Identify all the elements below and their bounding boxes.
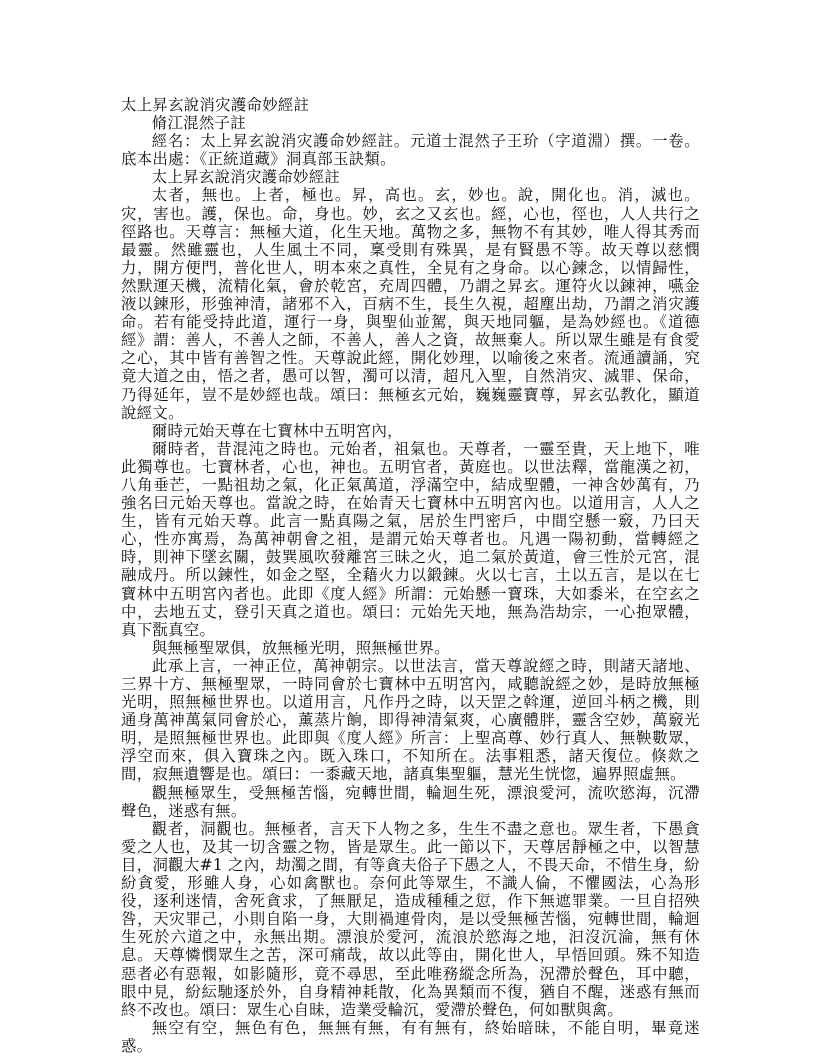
scripture-verse-5: 無空有空，無色有色，無無有無，有有無有，終始暗昧，不能自明，畢竟迷惑。 (121, 1019, 700, 1055)
commentary-1: 太者，無也。上者，極也。昇，高也。玄，妙也。說，開化也。消，滅也。灾，害也。護，… (121, 186, 700, 421)
document-page: 太上昇玄說消灾護命妙經註 脩江混然子註 經名：太上昇玄說消灾護命妙經註。元道士混… (121, 96, 700, 1055)
commentary-2: 爾時者，昔混沌之時也。元始者，祖氣也。天尊者，一靈至貴，天上地下，唯此獨尊也。七… (121, 440, 700, 639)
scripture-verse-3: 與無極聖眾俱，放無極光明，照無極世界。 (121, 639, 700, 657)
scripture-verse-2: 爾時元始天尊在七寶林中五明宮內， (121, 422, 700, 440)
source-meta: 經名：太上昇玄說消灾護命妙經註。元道士混然子王玠（字道淵）撰。一卷。底本出處：《… (121, 132, 700, 168)
commentary-4: 觀者，洞觀也。無極者，言天下人物之多，生生不盡之意也。眾生者，下愚貪愛之人也，及… (121, 820, 700, 1019)
commentary-3: 此承上言，一神正位，萬神朝宗。以世法言，當天尊說經之時，則諸天諸地、三界十方、無… (121, 657, 700, 784)
document-title: 太上昇玄說消灾護命妙經註 (121, 96, 700, 114)
author-line: 脩江混然子註 (121, 114, 700, 132)
scripture-verse-1: 太上昇玄說消灾護命妙經註 (121, 168, 700, 186)
scripture-verse-4: 觀無極眾生，受無極苦惱，宛轉世間，輪迴生死，漂浪愛河，流吹慾海，沉滯聲色，迷惑有… (121, 784, 700, 820)
